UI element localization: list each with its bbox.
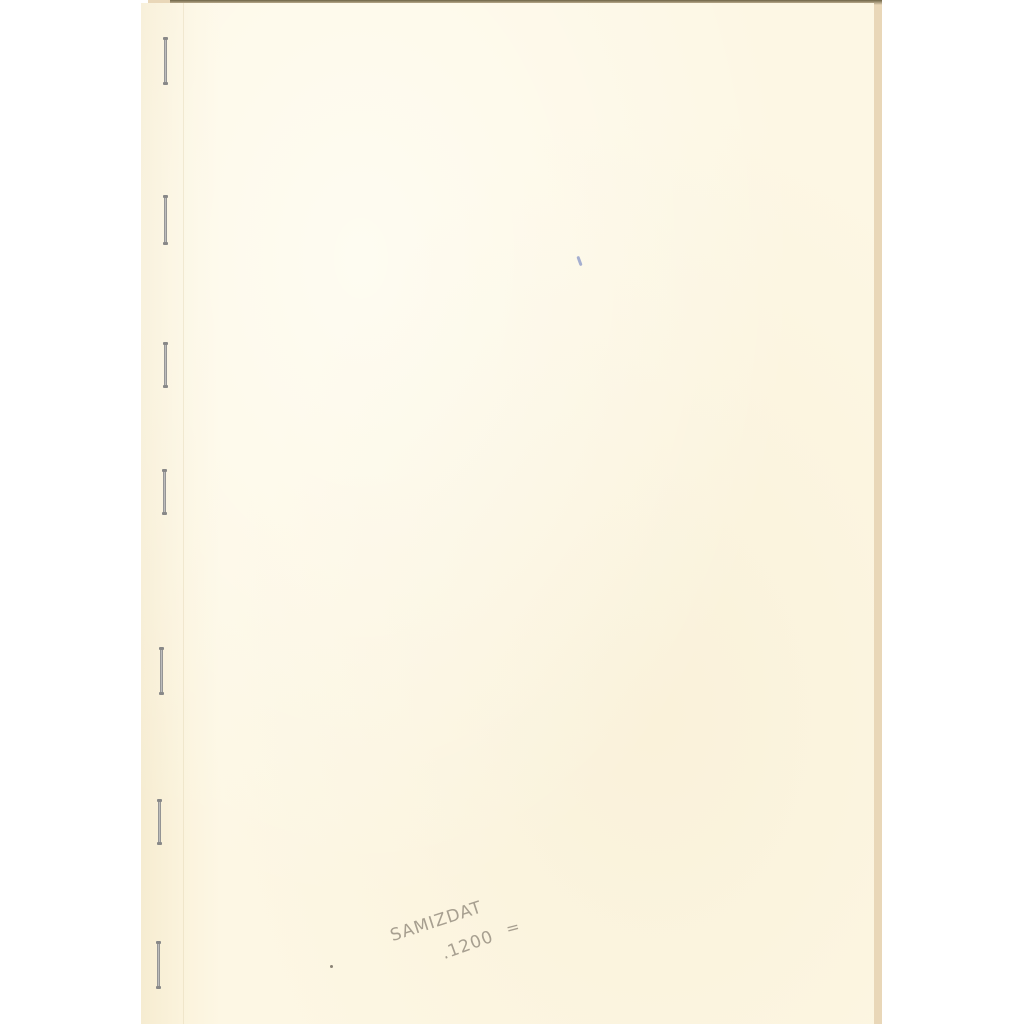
staple-icon (157, 942, 160, 988)
booklet-cover-page (141, 3, 874, 1024)
pencil-dot (330, 965, 333, 968)
staple-icon (164, 343, 167, 387)
staple-icon (164, 38, 167, 84)
staple-icon (164, 196, 167, 244)
staple-icon (160, 648, 163, 694)
spine-fold (183, 3, 184, 1024)
staple-icon (163, 470, 166, 514)
staple-icon (158, 800, 161, 844)
